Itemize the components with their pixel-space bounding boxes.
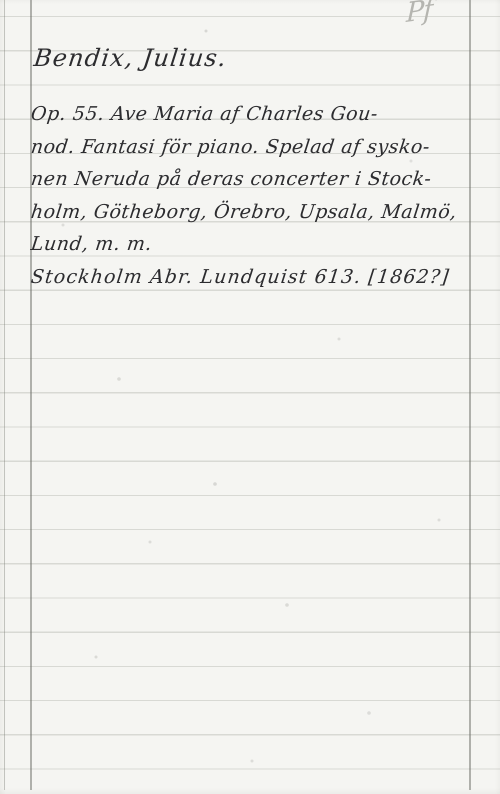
scanned-catalog-card: Pf Bendix, Julius. Op. 55. Ave Maria af … <box>0 0 500 794</box>
entry-line-2: nod. Fantasi för piano. Spelad af sysko- <box>29 131 459 164</box>
left-edge-rule <box>4 0 5 790</box>
catalog-entry: Op. 55. Ave Maria af Charles Gou- nod. F… <box>31 98 457 294</box>
composer-name-heading: Bendix, Julius. <box>32 44 228 72</box>
entry-line-5: Lund, m. m. <box>29 228 459 261</box>
right-margin-rule <box>469 0 471 790</box>
publisher-imprint-line: Stockholm Abr. Lundquist 613. [1862?] <box>29 261 459 294</box>
pencil-shelf-mark: Pf <box>406 0 433 29</box>
entry-line-3: nen Neruda på deras concerter i Stock- <box>29 163 459 196</box>
scan-speckles <box>0 0 2 2</box>
entry-line-1: Op. 55. Ave Maria af Charles Gou- <box>29 98 459 131</box>
entry-line-4: holm, Götheborg, Örebro, Upsala, Malmö, <box>29 196 459 229</box>
